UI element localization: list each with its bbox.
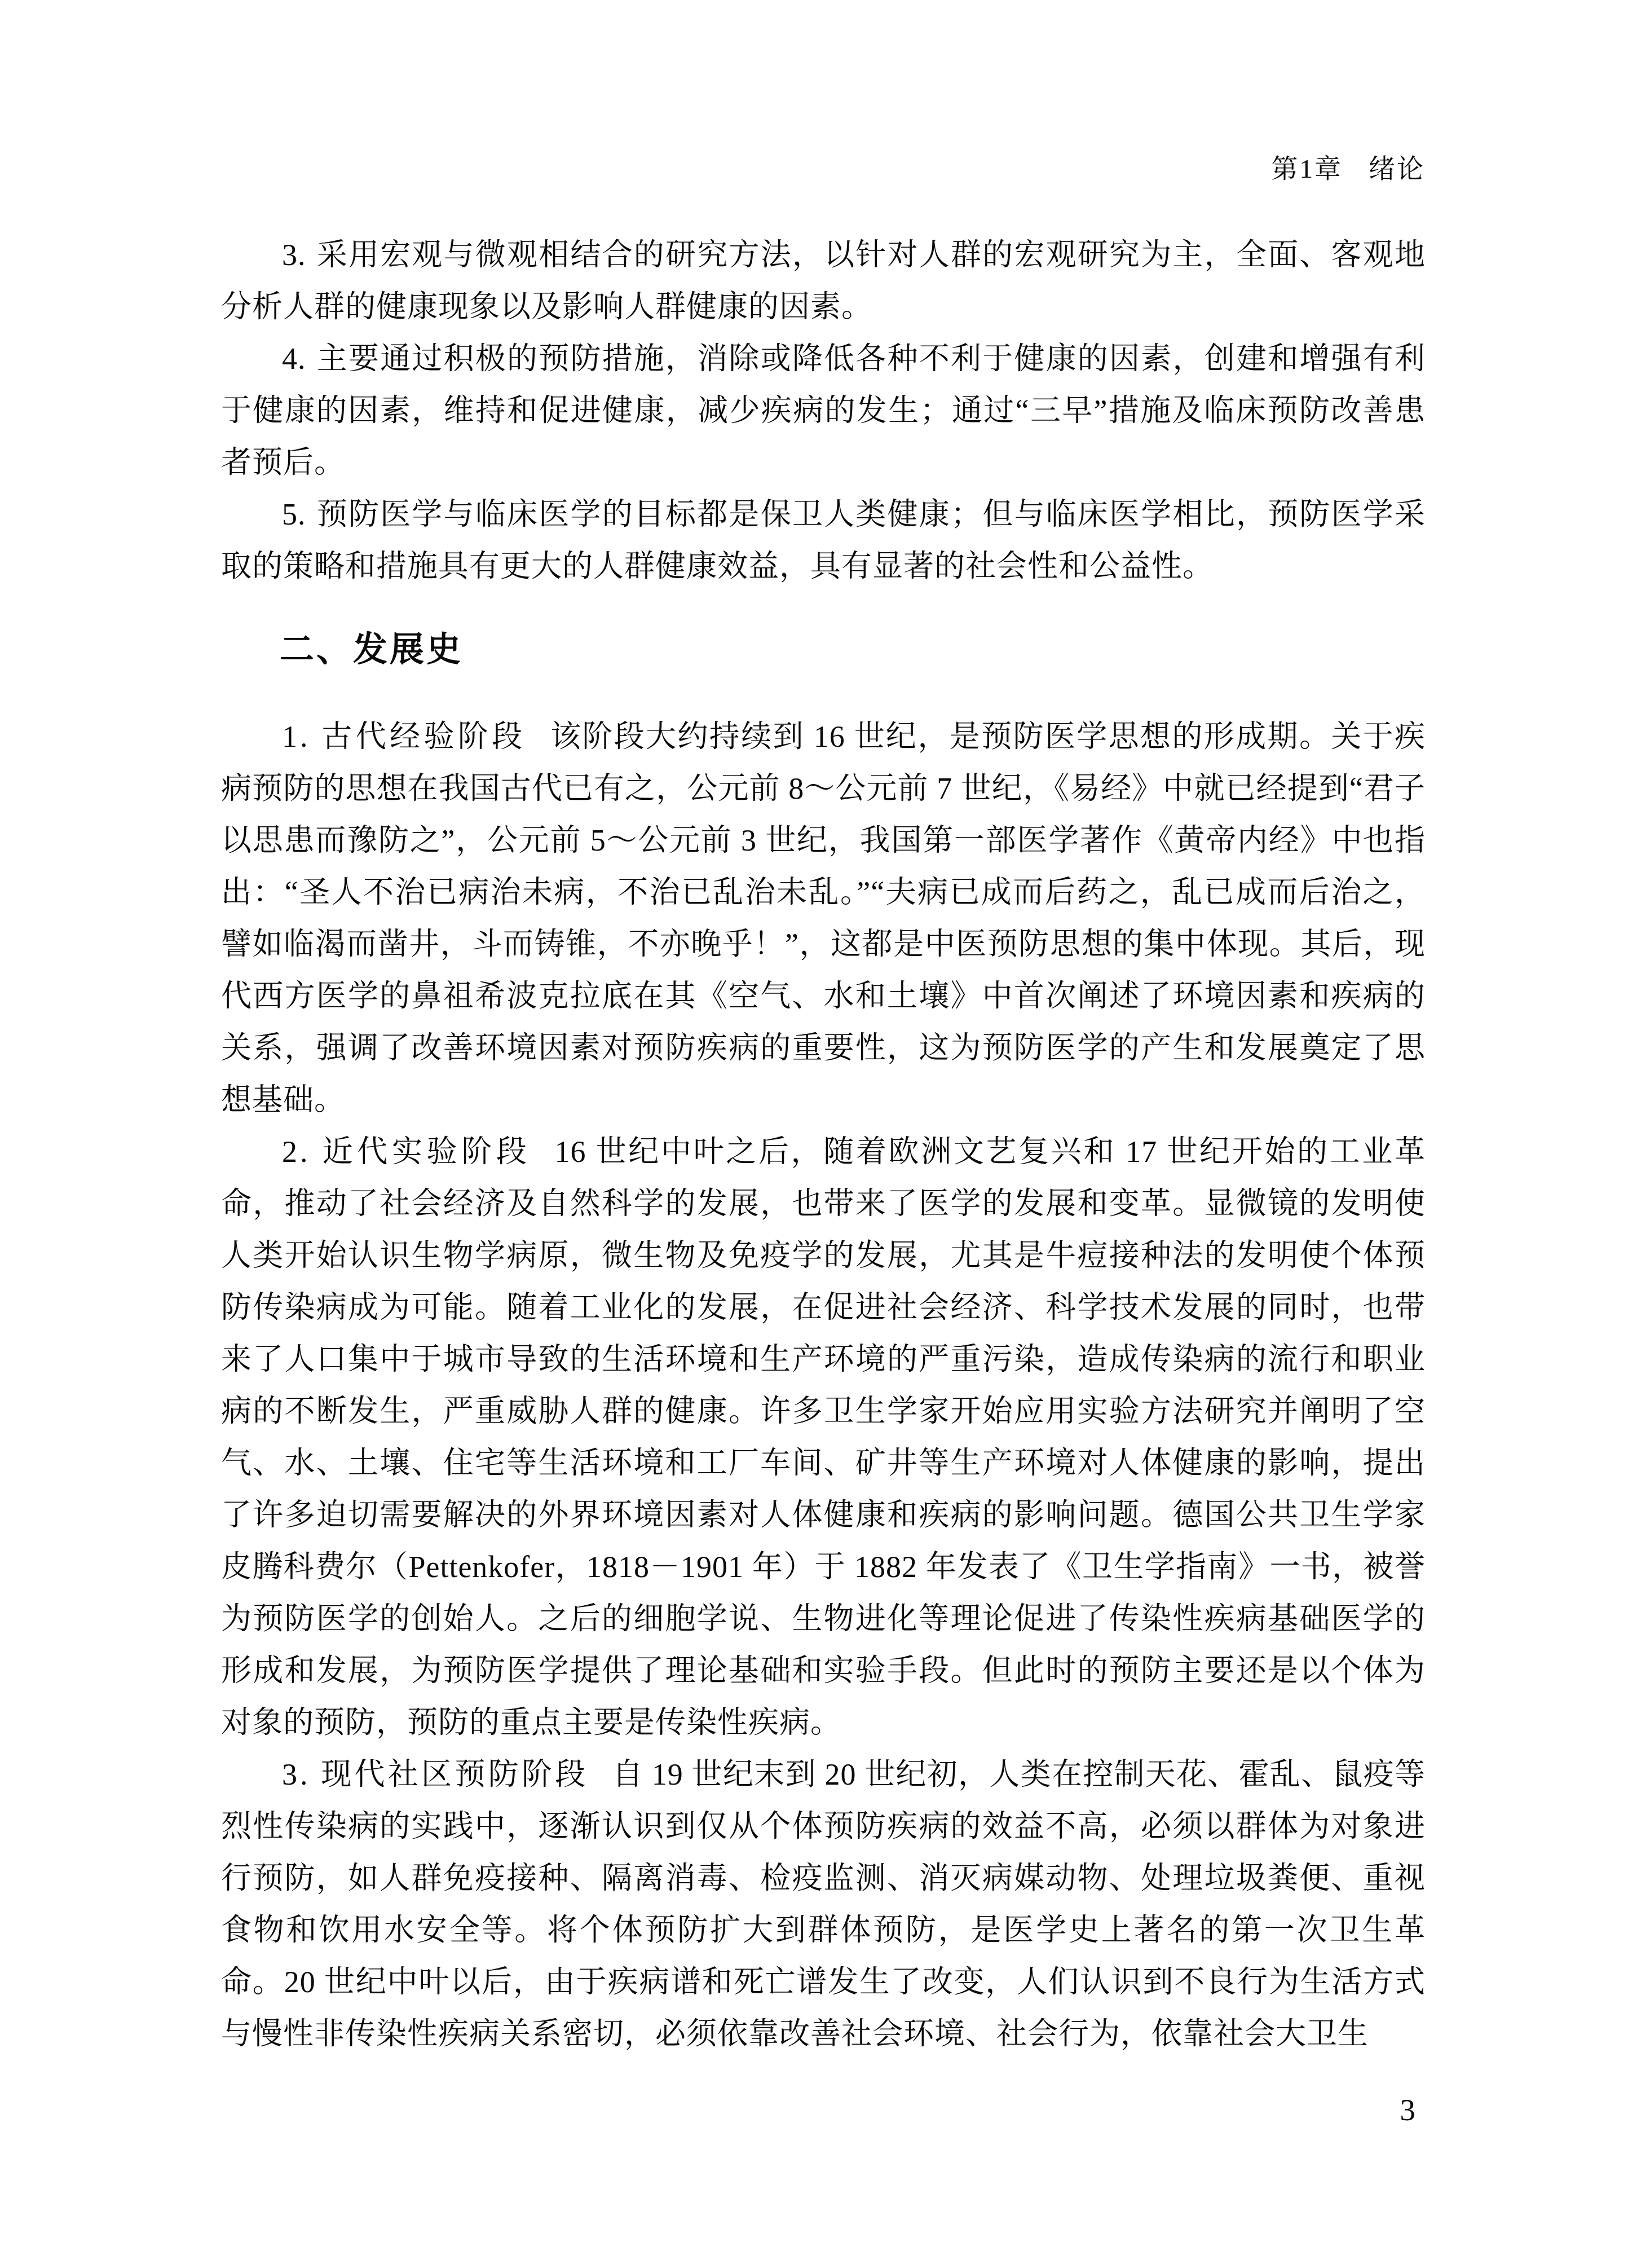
stage-text: 自 19 世纪末到 20 世纪初，人类在控制天花、霍乱、鼠疫等烈性传染病的实践中…: [221, 1758, 1426, 2051]
intro-paragraph-4: 4.主要通过积极的预防措施，消除或降低各种不利于健康的因素，创建和增强有利于健康…: [221, 333, 1426, 488]
paragraph-text: 主要通过积极的预防措施，消除或降低各种不利于健康的因素，创建和增强有利于健康的因…: [221, 342, 1426, 479]
stage-text: 16 世纪中叶之后，随着欧洲文艺复兴和 17 世纪开始的工业革命，推动了社会经济…: [221, 1135, 1426, 1739]
stage-paragraph-ancient: 1. 古代经验阶段该阶段大约持续到 16 世纪，是预防医学思想的形成期。关于疾病…: [221, 711, 1426, 1126]
paragraph-number: 5.: [282, 497, 306, 531]
paragraph-text: 预防医学与临床医学的目标都是保卫人类健康；但与临床医学相比，预防医学采取的策略和…: [221, 497, 1426, 583]
running-header: 第1章绪论: [1272, 152, 1426, 186]
intro-paragraph-5: 5.预防医学与临床医学的目标都是保卫人类健康；但与临床医学相比，预防医学采取的策…: [221, 488, 1426, 592]
stage-paragraph-community-prevention: 3. 现代社区预防阶段自 19 世纪末到 20 世纪初，人类在控制天花、霍乱、鼠…: [221, 1749, 1426, 2060]
page-number: 3: [1400, 2090, 1416, 2130]
running-header-title: 绪论: [1369, 155, 1425, 184]
stage-label: 2. 近代实验阶段: [282, 1135, 531, 1169]
paragraph-text: 采用宏观与微观相结合的研究方法，以针对人群的宏观研究为主，全面、客观地分析人群的…: [221, 238, 1426, 324]
stage-paragraph-modern-experiment: 2. 近代实验阶段16 世纪中叶之后，随着欧洲文艺复兴和 17 世纪开始的工业革…: [221, 1126, 1426, 1749]
book-page: 第1章绪论 3.采用宏观与微观相结合的研究方法，以针对人群的宏观研究为主，全面、…: [0, 0, 1628, 2268]
intro-paragraph-3: 3.采用宏观与微观相结合的研究方法，以针对人群的宏观研究为主，全面、客观地分析人…: [221, 229, 1426, 333]
page-content: 3.采用宏观与微观相结合的研究方法，以针对人群的宏观研究为主，全面、客观地分析人…: [221, 229, 1426, 2060]
running-header-chapter: 第1章: [1272, 155, 1343, 184]
stage-label: 3. 现代社区预防阶段: [282, 1758, 589, 1791]
paragraph-number: 4.: [282, 342, 306, 376]
stage-text: 该阶段大约持续到 16 世纪，是预防医学思想的形成期。关于疾病预防的思想在我国古…: [221, 720, 1426, 1117]
paragraph-number: 3.: [282, 238, 306, 272]
stage-label: 1. 古代经验阶段: [282, 720, 526, 754]
section-heading: 二、发展史: [221, 624, 1426, 676]
